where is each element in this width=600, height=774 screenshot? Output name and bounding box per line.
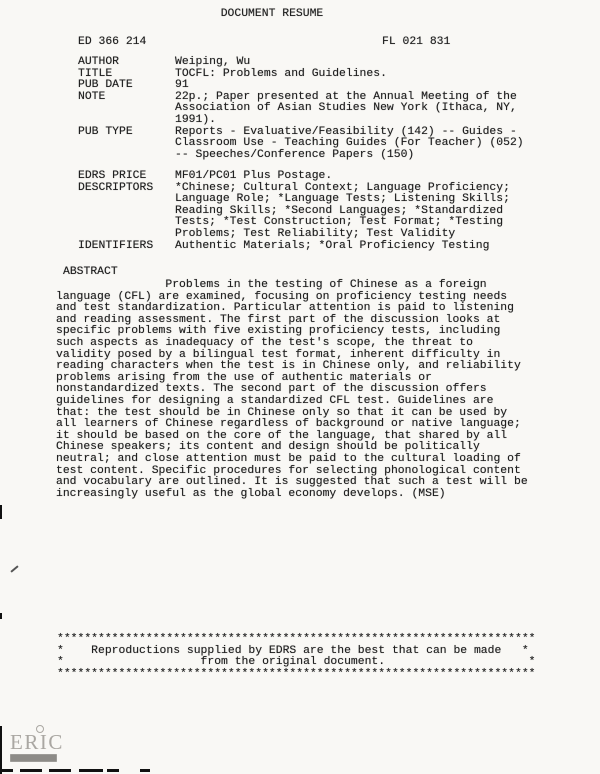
field-label: AUTHOR: [78, 57, 175, 69]
field-label: IDENTIFIERS: [78, 241, 175, 253]
scanned-document-page: DOCUMENT RESUME ED 366 214 FL 021 831 AU…: [0, 0, 600, 774]
scan-artifact-dash: [79, 769, 103, 772]
field-label: EDRS PRICE: [78, 171, 175, 183]
field-row-author: AUTHOR Weiping, Wu: [57, 57, 570, 69]
field-row-identifiers: IDENTIFIERS Authentic Materials; *Oral P…: [57, 241, 570, 253]
document-resume-title: DOCUMENT RESUME: [0, 9, 544, 21]
eric-logo: ERIC: [10, 727, 66, 762]
abstract-heading: ABSTRACT: [63, 267, 118, 279]
scan-artifact-tick: [0, 613, 2, 619]
eric-logo-caption-bar: [10, 754, 57, 762]
field-value: 22p.; Paper presented at the Annual Meet…: [175, 92, 570, 127]
scan-artifact-dash: [20, 769, 42, 772]
field-row-descriptors: DESCRIPTORS *Chinese; Cultural Context; …: [57, 183, 570, 241]
citation-fields: AUTHOR Weiping, Wu TITLE TOCFL: Problems…: [57, 57, 570, 161]
field-label: NOTE: [78, 92, 175, 104]
ed-accession-number: ED 366 214: [78, 37, 146, 49]
field-value: *Chinese; Cultural Context; Language Pro…: [175, 183, 570, 241]
field-row-edrs-price: EDRS PRICE MF01/PC01 Plus Postage.: [57, 171, 570, 183]
field-value: Weiping, Wu: [175, 57, 570, 69]
field-row-pub-type: PUB TYPE Reports - Evaluative/Feasibilit…: [57, 127, 570, 162]
indexing-fields: EDRS PRICE MF01/PC01 Plus Postage. DESCR…: [57, 171, 570, 252]
scan-artifact-tick: [0, 505, 2, 519]
field-value: TOCFL: Problems and Guidelines.: [175, 69, 570, 81]
field-value: Authentic Materials; *Oral Proficiency T…: [175, 241, 570, 253]
scan-artifact-dash: [107, 769, 119, 772]
eric-logo-text: ERIC: [10, 732, 66, 753]
eric-lamp-icon: [36, 725, 44, 733]
notice-border-bottom: ****************************************…: [57, 669, 536, 681]
field-label: DESCRIPTORS: [78, 183, 175, 195]
scan-artifact-dash: [49, 769, 71, 772]
field-label: PUB TYPE: [78, 127, 175, 139]
edrs-reproduction-notice: ****************************************…: [57, 634, 536, 680]
scan-artifact-dash: [140, 769, 150, 772]
scan-artifact-dash: [0, 769, 13, 772]
scan-artifact-edge-line: [0, 726, 2, 774]
clearinghouse-number: FL 021 831: [382, 37, 450, 49]
field-value: Reports - Evaluative/Feasibility (142) -…: [175, 127, 570, 162]
field-row-note: NOTE 22p.; Paper presented at the Annual…: [57, 92, 570, 127]
notice-border-top: ****************************************…: [57, 634, 536, 646]
scan-artifact-speck: [10, 565, 18, 572]
abstract-text: Problems in the testing of Chinese as a …: [56, 280, 528, 500]
field-value: MF01/PC01 Plus Postage.: [175, 171, 570, 183]
field-row-title: TITLE TOCFL: Problems and Guidelines.: [57, 69, 570, 81]
